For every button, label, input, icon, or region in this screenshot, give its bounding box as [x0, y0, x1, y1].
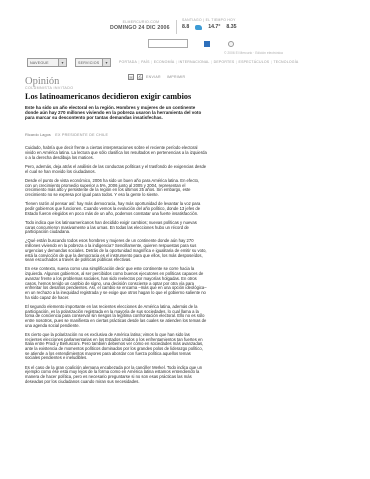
- navigate-dropdown-label: NAVEGUE: [28, 61, 58, 65]
- services-dropdown[interactable]: SERVICIOS ▾: [75, 58, 111, 67]
- weather-extra-value: 8.35: [226, 24, 236, 30]
- article-paragraph: Pero, además, deja atrás el análisis de …: [25, 165, 207, 174]
- article-paragraph: ¿Qué están buscando todos esos hombres y…: [25, 239, 207, 263]
- temp-min: 8.8: [182, 24, 189, 30]
- nav-link-deportes[interactable]: DEPORTES: [214, 60, 235, 64]
- article-paragraph: Tienen razón al pensar así: hay más demo…: [25, 202, 207, 216]
- blue-square-icon[interactable]: [204, 41, 210, 47]
- date-label: DOMINGO 24 DIC 2006: [110, 25, 172, 31]
- chevron-down-icon[interactable]: ▾: [58, 59, 66, 66]
- send-label[interactable]: ENVIAR: [146, 75, 161, 79]
- section-nav: PORTADA|PAÍS|ECONOMÍA|INTERNACIONAL|DEPO…: [119, 60, 354, 64]
- nav-link-internacional[interactable]: INTERNACIONAL: [179, 60, 210, 64]
- article-paragraph: El segundo elemento importante en las re…: [25, 305, 207, 329]
- services-dropdown-label: SERVICIOS: [76, 61, 102, 65]
- article-title: Los latinoamericanos decidieron exigir c…: [25, 92, 207, 101]
- search-input[interactable]: [148, 39, 188, 48]
- nav-link-economia[interactable]: ECONOMÍA: [154, 60, 175, 64]
- nav-link-espectaculos[interactable]: ESPECTÁCULOS: [239, 60, 270, 64]
- weather-cloud-icon: [195, 25, 202, 30]
- navigate-dropdown[interactable]: NAVEGUE ▾: [27, 58, 67, 67]
- nav-separator: |: [176, 60, 177, 64]
- nav-separator: |: [271, 60, 272, 64]
- article-paragraph: Desde el punto de vista económico, 2006 …: [25, 179, 207, 198]
- weather-widget: SANTIAGO | EL TIEMPO HOY 8.8 14.7° 8.35: [182, 18, 302, 30]
- nav-link-portada[interactable]: PORTADA: [119, 60, 137, 64]
- nav-separator: |: [151, 60, 152, 64]
- article-paragraph: Es cierto que la polarización no es excl…: [25, 333, 207, 361]
- byline-author: Ricardo Lagos: [25, 132, 51, 137]
- nav-separator: |: [139, 60, 140, 64]
- article-tools: ✉ ⎙ ENVIAR IMPRIMIR: [128, 74, 188, 80]
- site-name: ELMERCURIO.COM: [112, 20, 170, 24]
- page: ELMERCURIO.COM DOMINGO 24 DIC 2006 SANTI…: [0, 0, 370, 479]
- copyright-note: © 2006 El Mercurio · Edición electrónica: [224, 51, 334, 55]
- nav-separator: |: [211, 60, 212, 64]
- article-lead: Este ha sido un año electoral en la regi…: [25, 105, 207, 121]
- nav-link-tecnologia[interactable]: TECNOLOGÍA: [273, 60, 298, 64]
- weather-label: SANTIAGO | EL TIEMPO HOY: [182, 18, 302, 22]
- section-header: Opinión ✉ ⎙ ENVIAR IMPRIMIR: [25, 71, 345, 84]
- masthead-divider: [176, 20, 177, 34]
- article-paragraph: Cuidado, habría que decir frente a ciert…: [25, 146, 207, 160]
- chevron-down-icon[interactable]: ▾: [102, 59, 110, 66]
- nav-link-pais[interactable]: PAÍS: [141, 60, 150, 64]
- nav-separator: |: [236, 60, 237, 64]
- print-label[interactable]: IMPRIMIR: [167, 75, 186, 79]
- article-paragraph: Es el caso de la gran coalición alemana …: [25, 366, 207, 385]
- article-kicker: COLUMNISTA INVITADO: [25, 86, 207, 90]
- article: COLUMNISTA INVITADO Los latinoamericanos…: [25, 86, 207, 389]
- byline-role: EX PRESIDENTE DE CHILE: [55, 133, 108, 137]
- article-paragraph: En ese contexto, suena como una simplifi…: [25, 267, 207, 300]
- email-icon[interactable]: ✉: [128, 74, 134, 80]
- article-paragraph: Todo indica que los latinoamericanos han…: [25, 221, 207, 235]
- print-icon[interactable]: ⎙: [137, 74, 143, 80]
- toolbar: NAVEGUE ▾ SERVICIOS ▾ PORTADA|PAÍS|ECONO…: [27, 58, 357, 68]
- byline: Ricardo Lagos EX PRESIDENTE DE CHILE: [25, 123, 207, 141]
- circle-icon[interactable]: [228, 41, 234, 47]
- temp-max: 14.7°: [208, 24, 220, 30]
